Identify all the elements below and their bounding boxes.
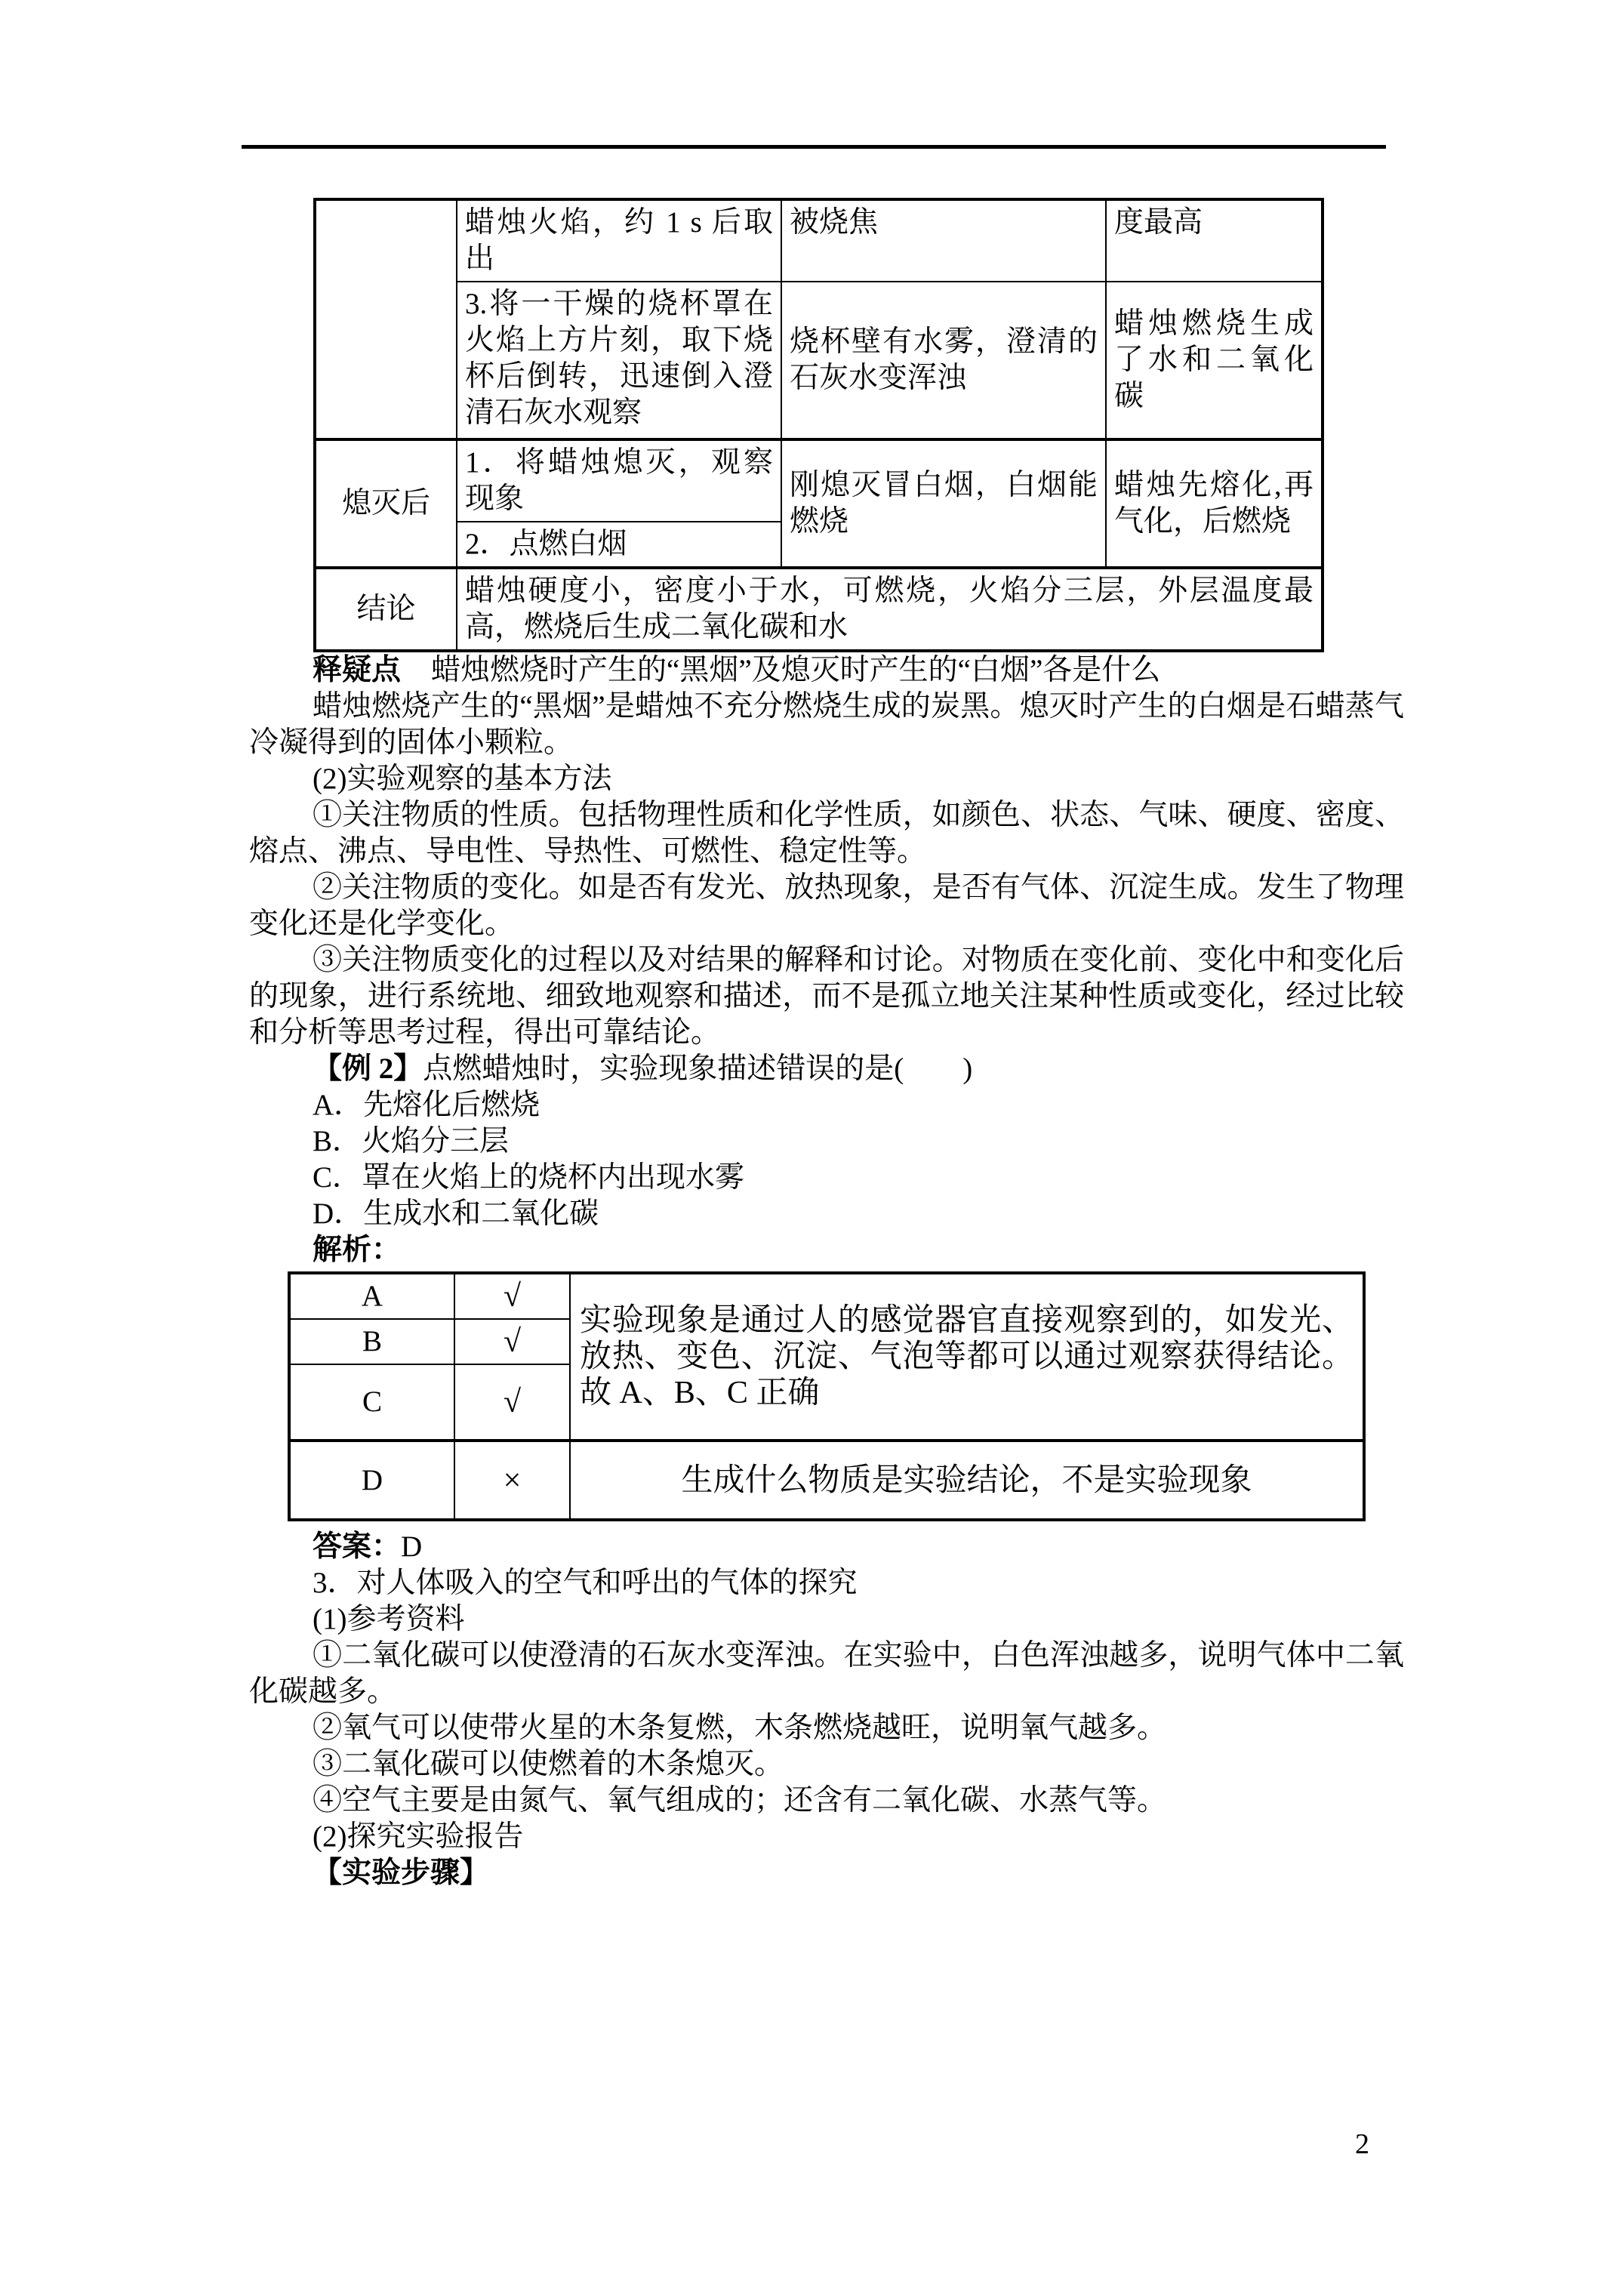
example-tag: 【例 2】 — [313, 1052, 423, 1085]
analysis-note-d: 生成什么物质是实验结论，不是实验现象 — [570, 1441, 1364, 1520]
phenomenon-cell: 烧杯壁有水雾，澄清的石灰水变浑浊 — [781, 282, 1106, 439]
option-cell: C — [289, 1364, 454, 1441]
option-d: D．生成水和二氧化碳 — [249, 1196, 1404, 1232]
analysis-note-abc: 实验现象是通过人的感觉器官直接观察到的，如发光、放热、变色、沉淀、气泡等都可以通… — [570, 1273, 1364, 1441]
conclusion-cell: 度最高 — [1106, 199, 1323, 282]
candle-observation-table: 蜡烛火焰，约 1 s 后取出 被烧焦 度最高 3.将一干燥的烧杯罩在火焰上方片刻… — [313, 198, 1324, 652]
document-page: 蜡烛火焰，约 1 s 后取出 被烧焦 度最高 3.将一干燥的烧杯罩在火焰上方片刻… — [0, 0, 1623, 2296]
method-item-3: ③关注物质变化的过程以及对结果的解释和讨论。对物质在变化前、变化中和变化后的现象… — [249, 942, 1404, 1051]
check-mark: √ — [454, 1364, 570, 1441]
section3-report-heading: (2)探究实验报告 — [249, 1819, 1404, 1855]
doubt-point-line: 释疑点蜡烛燃烧时产生的“黑烟”及熄灭时产生的“白烟”各是什么 — [249, 652, 1404, 689]
conclusion-summary-cell: 蜡烛硬度小，密度小于水，可燃烧，火焰分三层，外层温度最高，燃烧后生成二氧化碳和水 — [457, 568, 1323, 651]
header-rule — [242, 145, 1386, 149]
phenomenon-cell: 被烧焦 — [781, 199, 1106, 282]
method-item-1: ①关注物质的性质。包括物理性质和化学性质，如颜色、状态、气味、硬度、密度、熔点、… — [249, 797, 1404, 870]
answer-label: 答案： — [313, 1530, 401, 1563]
section3-ref-1: ①二氧化碳可以使澄清的石灰水变浑浊。在实验中，白色浑浊越多，说明气体中二氧化碳越… — [249, 1638, 1404, 1710]
table-row: D × 生成什么物质是实验结论，不是实验现象 — [289, 1441, 1364, 1520]
cross-mark: × — [454, 1441, 570, 1520]
page-number: 2 — [1355, 2128, 1369, 2161]
phenomenon-cell: 刚熄灭冒白烟，白烟能燃烧 — [781, 439, 1106, 568]
table-row: 结论 蜡烛硬度小，密度小于水，可燃烧，火焰分三层，外层温度最高，燃烧后生成二氧化… — [315, 568, 1323, 651]
table-row: A √ 实验现象是通过人的感觉器官直接观察到的，如发光、放热、变色、沉淀、气泡等… — [289, 1273, 1364, 1319]
analysis-table: A √ 实验现象是通过人的感觉器官直接观察到的，如发光、放热、变色、沉淀、气泡等… — [288, 1271, 1366, 1521]
table-row: 蜡烛火焰，约 1 s 后取出 被烧焦 度最高 — [315, 199, 1323, 282]
check-mark: √ — [454, 1319, 570, 1364]
procedure-cell: 3.将一干燥的烧杯罩在火焰上方片刻，取下烧杯后倒转，迅速倒入澄清石灰水观察 — [457, 282, 781, 439]
option-c: C．罩在火焰上的烧杯内出现水雾 — [249, 1160, 1404, 1196]
table-row: 3.将一干燥的烧杯罩在火焰上方片刻，取下烧杯后倒转，迅速倒入澄清石灰水观察 烧杯… — [315, 282, 1323, 439]
procedure-cell: 蜡烛火焰，约 1 s 后取出 — [457, 199, 781, 282]
section3-title: 3．对人体吸入的空气和呼出的气体的探究 — [249, 1565, 1404, 1601]
doubt-point-question: 蜡烛燃烧时产生的“黑烟”及熄灭时产生的“白烟”各是什么 — [431, 654, 1160, 686]
phase-label-cell — [315, 199, 457, 439]
table-row: 熄灭后 1．将蜡烛熄灭，观察现象 刚熄灭冒白烟，白烟能燃烧 蜡烛先熔化,再气化，… — [315, 439, 1323, 522]
procedure-cell: 1．将蜡烛熄灭，观察现象 — [457, 439, 781, 522]
doubt-point-answer: 蜡烛燃烧产生的“黑烟”是蜡烛不充分燃烧生成的炭黑。熄灭时产生的白烟是石蜡蒸气冷凝… — [249, 689, 1404, 761]
section3-steps-heading: 【实验步骤】 — [249, 1855, 1404, 1891]
page-content: 蜡烛火焰，约 1 s 后取出 被烧焦 度最高 3.将一干燥的烧杯罩在火焰上方片刻… — [249, 151, 1404, 1891]
option-a: A．先熔化后燃烧 — [249, 1087, 1404, 1123]
phase-label-cell: 熄灭后 — [315, 439, 457, 568]
example-question-line: 【例 2】点燃蜡烛时，实验现象描述错误的是( ) — [249, 1051, 1404, 1087]
section3-ref-heading: (1)参考资料 — [249, 1601, 1404, 1638]
method-item-2: ②关注物质的变化。如是否有发光、放热现象，是否有气体、沉淀生成。发生了物理变化还… — [249, 870, 1404, 942]
option-cell: B — [289, 1319, 454, 1364]
section3-ref-4: ④空气主要是由氮气、氧气组成的；还含有二氧化碳、水蒸气等。 — [249, 1783, 1404, 1819]
doubt-point-label: 释疑点 — [313, 654, 401, 686]
answer-line: 答案：D — [249, 1529, 1404, 1565]
section3-ref-3: ③二氧化碳可以使燃着的木条熄灭。 — [249, 1746, 1404, 1783]
example-question: 点燃蜡烛时，实验现象描述错误的是( ) — [423, 1052, 972, 1085]
option-cell: A — [289, 1273, 454, 1319]
answer-value: D — [401, 1530, 422, 1563]
conclusion-cell: 蜡烛先熔化,再气化，后燃烧 — [1106, 439, 1323, 568]
check-mark: √ — [454, 1273, 570, 1319]
conclusion-cell: 蜡烛燃烧生成了水和二氧化碳 — [1106, 282, 1323, 439]
method-heading: (2)实验观察的基本方法 — [249, 761, 1404, 797]
conclusion-label-cell: 结论 — [315, 568, 457, 651]
option-cell: D — [289, 1441, 454, 1520]
procedure-cell: 2．点燃白烟 — [457, 522, 781, 568]
section3-ref-2: ②氧气可以使带火星的木条复燃，木条燃烧越旺，说明氧气越多。 — [249, 1710, 1404, 1746]
analysis-label: 解析： — [249, 1232, 1404, 1268]
option-b: B．火焰分三层 — [249, 1123, 1404, 1160]
